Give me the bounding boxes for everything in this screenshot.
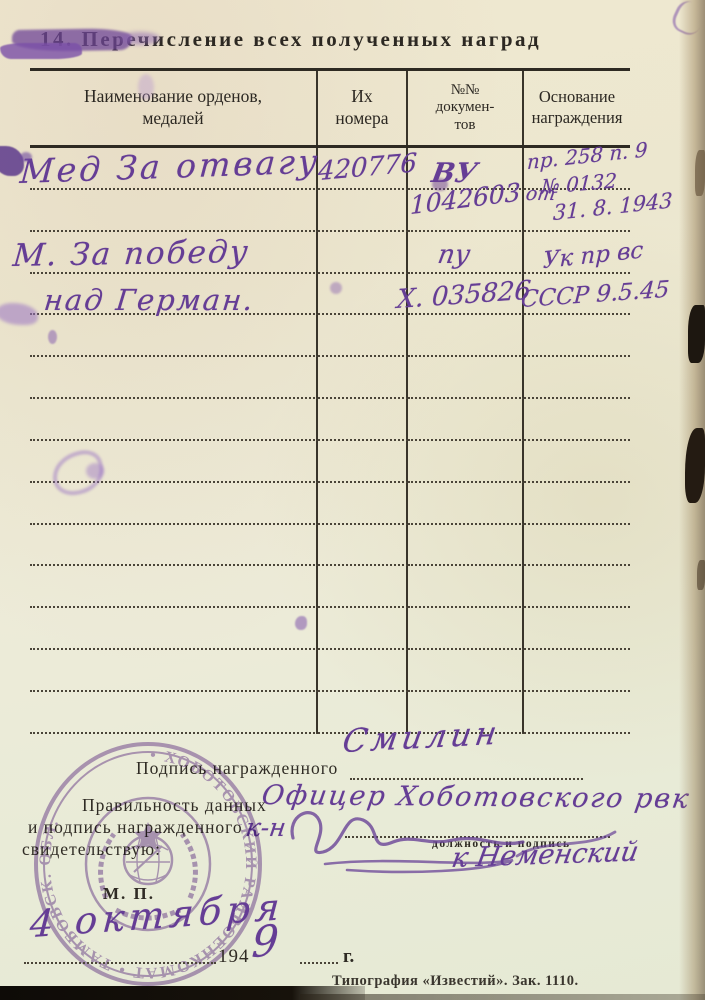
typography-imprint: Типография «Известий». Зак. 1110. (332, 973, 579, 990)
torn-edge-patch (697, 560, 705, 590)
year-suffix: г. (343, 946, 354, 968)
table-row (30, 357, 630, 399)
table-header-row: Наименование орденов, медалей Их номера … (30, 68, 630, 148)
table-row (30, 441, 630, 483)
table-row (30, 525, 630, 567)
column-header-numbers: Их номера (318, 71, 408, 145)
signature-flourish (285, 798, 625, 878)
table-row (30, 566, 630, 608)
date-line-dots (24, 944, 216, 964)
scan-edge-bottom (300, 994, 705, 1000)
year-line-dots (300, 944, 338, 964)
awardee-signature-line (350, 758, 583, 780)
year-prefix: 194 (218, 946, 250, 968)
table-row (30, 608, 630, 650)
table-row (30, 650, 630, 692)
torn-edge-patch (685, 428, 705, 503)
handwritten-year-digit: 9 (250, 915, 280, 967)
section-title: 14. Перечисление всех полученных наград (40, 27, 660, 52)
column-header-documents: №№ докумен- тов (408, 71, 524, 145)
handwritten-award1-basis3: от (524, 183, 557, 205)
handwritten-award2-name-line2: над Герман. (42, 283, 256, 317)
table-row (30, 483, 630, 525)
column-header-basis: Основание награждения (524, 71, 630, 145)
torn-edge-patch (695, 150, 705, 196)
column-header-award-name: Наименование орденов, медалей (30, 71, 318, 145)
table-row (30, 692, 630, 734)
table-row (30, 399, 630, 441)
torn-edge-patch (688, 305, 705, 363)
table-row (30, 315, 630, 357)
handwritten-award2-name-line1: М. За победу (11, 234, 251, 274)
handwritten-award2-doc: пу (435, 240, 472, 270)
